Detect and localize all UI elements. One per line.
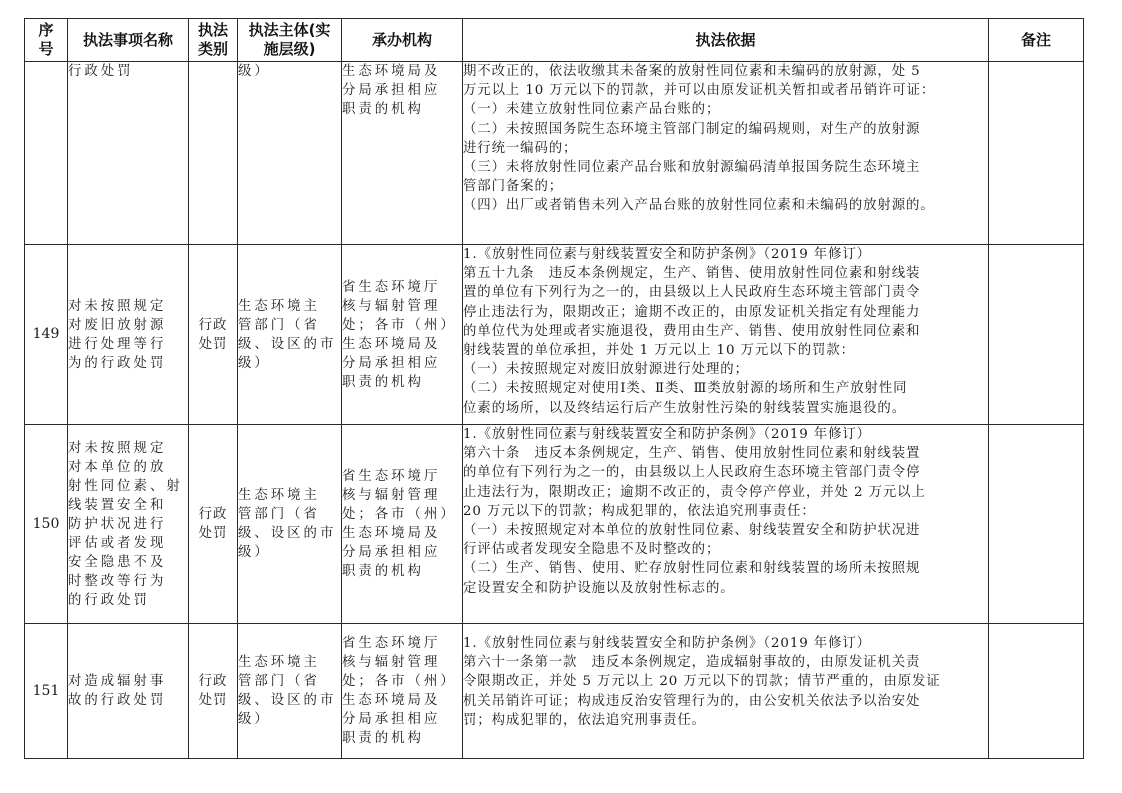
basis-cell: 期不改正的，依法收缴其未备案的放射性同位素和未编码的放射源，处 5 万元以上 1… xyxy=(463,62,989,245)
category-cell xyxy=(189,62,238,245)
office-line: 省生态环境厅 xyxy=(342,278,462,297)
item-name-line: 线装置安全和 xyxy=(68,496,188,515)
category-cell: 行政 处罚 xyxy=(189,624,238,759)
office-line: 职责的机构 xyxy=(342,100,462,119)
category-cell: 行政 处罚 xyxy=(189,245,238,425)
office-line: 处；各市（州） xyxy=(342,672,462,691)
item-name-cell: 对造成辐射事 故的行政处罚 xyxy=(68,624,189,759)
category-cell: 行政 处罚 xyxy=(189,425,238,624)
header-item-name: 执法事项名称 xyxy=(68,19,189,62)
office-line: 核与辐射管理 xyxy=(342,486,462,505)
remarks-cell xyxy=(989,245,1084,425)
office-line: 省生态环境厅 xyxy=(342,467,462,486)
basis-line: （一）未建立放射性同位素产品台账的； xyxy=(463,100,988,119)
table-row-150: 150 对未按照规定 对本单位的放 射性同位素、射 线装置安全和 防护状况进行 … xyxy=(25,425,1084,624)
subject-line: 生态环境主 xyxy=(238,653,341,672)
item-name-cell: 对未按照规定 对废旧放射源 进行处理等行 为的行政处罚 xyxy=(68,245,189,425)
basis-line: 机关吊销许可证；构成违反治安管理行为的，由公安机关依法予以治安处 xyxy=(463,692,988,711)
item-name-line: 对未按照规定 xyxy=(68,439,188,458)
header-subject-line-1: 执法主体(实 xyxy=(238,21,341,40)
item-name-line: 时整改等行为 xyxy=(68,572,188,591)
subject-cell: 级） xyxy=(238,62,342,245)
basis-line: 止违法行为，限期改正；逾期不改正的，责令停产停业，并处 2 万元以上 xyxy=(463,483,988,502)
basis-line: 第五十九条 违反本条例规定，生产、销售、使用放射性同位素和射线装 xyxy=(463,264,988,283)
header-office: 承办机构 xyxy=(342,19,463,62)
seq-cell: 151 xyxy=(25,624,68,759)
basis-line: 定设置安全和防护设施以及放射性标志的。 xyxy=(463,579,988,598)
subject-line: 生态环境主 xyxy=(238,297,341,316)
subject-cell: 生态环境主 管部门（省 级、设区的市 级） xyxy=(238,425,342,624)
category-line: 处罚 xyxy=(189,524,237,543)
office-cell: 省生态环境厅 核与辐射管理 处；各市（州） 生态环境局及 分局承担相应 职责的机… xyxy=(342,245,463,425)
item-name-line: 评估或者发现 xyxy=(68,534,188,553)
category-line: 处罚 xyxy=(189,335,237,354)
header-row: 序 号 执法事项名称 执法 类别 执法主体(实 施层级) 承办机构 执法依据 备… xyxy=(25,19,1084,62)
office-line: 分局承担相应 xyxy=(342,81,462,100)
header-subject-line-2: 施层级) xyxy=(238,40,341,59)
item-name-line: 行政处罚 xyxy=(68,62,188,81)
header-category-line-2: 类别 xyxy=(189,40,237,59)
office-line: 处；各市（州） xyxy=(342,316,462,335)
basis-line: 第六十一条第一款 违反本条例规定，造成辐射事故的，由原发证机关责 xyxy=(463,653,988,672)
header-category: 执法 类别 xyxy=(189,19,238,62)
basis-line: 置的单位有下列行为之一的，由县级以上人民政府生态环境主管部门责令 xyxy=(463,283,988,302)
item-name-line: 对本单位的放 xyxy=(68,458,188,477)
subject-line: 级） xyxy=(238,354,341,373)
subject-line: 级） xyxy=(238,62,341,81)
basis-line: 罚；构成犯罪的，依法追究刑事责任。 xyxy=(463,711,988,730)
basis-line: 1.《放射性同位素与射线装置安全和防护条例》（2019 年修订） xyxy=(463,634,988,653)
header-category-line-1: 执法 xyxy=(189,21,237,40)
subject-cell: 生态环境主 管部门（省 级、设区的市 级） xyxy=(238,245,342,425)
basis-cell: 1.《放射性同位素与射线装置安全和防护条例》（2019 年修订） 第六十条 违反… xyxy=(463,425,989,624)
category-line: 行政 xyxy=(189,316,237,335)
basis-line: （一）未按照规定对废旧放射源进行处理的； xyxy=(463,360,988,379)
office-line: 核与辐射管理 xyxy=(342,653,462,672)
office-cell: 生态环境局及 分局承担相应 职责的机构 xyxy=(342,62,463,245)
category-line: 行政 xyxy=(189,672,237,691)
basis-line: 1.《放射性同位素与射线装置安全和防护条例》（2019 年修订） xyxy=(463,245,988,264)
office-line: 省生态环境厅 xyxy=(342,634,462,653)
subject-line: 级） xyxy=(238,543,341,562)
basis-line: 期不改正的，依法收缴其未备案的放射性同位素和未编码的放射源，处 5 xyxy=(463,62,988,81)
subject-line: 级、设区的市 xyxy=(238,524,341,543)
category-line: 行政 xyxy=(189,505,237,524)
office-line: 分局承担相应 xyxy=(342,543,462,562)
subject-line: 级、设区的市 xyxy=(238,691,341,710)
basis-line: 行评估或者发现安全隐患不及时整改的； xyxy=(463,540,988,559)
subject-cell: 生态环境主 管部门（省 级、设区的市 级） xyxy=(238,624,342,759)
item-name-line: 安全隐患不及 xyxy=(68,553,188,572)
office-cell: 省生态环境厅 核与辐射管理 处；各市（州） 生态环境局及 分局承担相应 职责的机… xyxy=(342,425,463,624)
seq-cell: 149 xyxy=(25,245,68,425)
basis-line: 停止违法行为，限期改正；逾期不改正的，由原发证机关指定有处理能力 xyxy=(463,303,988,322)
office-line: 职责的机构 xyxy=(342,729,462,748)
item-name-line: 对造成辐射事 xyxy=(68,672,188,691)
basis-line: （二）未按照国务院生态环境主管部门制定的编码规则，对生产的放射源 xyxy=(463,120,988,139)
subject-line: 管部门（省 xyxy=(238,316,341,335)
item-name-cell: 对未按照规定 对本单位的放 射性同位素、射 线装置安全和 防护状况进行 评估或者… xyxy=(68,425,189,624)
basis-line: 位素的场所，以及终结运行后产生放射性污染的射线装置实施退役的。 xyxy=(463,399,988,418)
header-seq: 序 号 xyxy=(25,19,68,62)
basis-line: （二）未按照规定对使用Ⅰ类、Ⅱ类、Ⅲ类放射源的场所和生产放射性同 xyxy=(463,379,988,398)
seq-cell xyxy=(25,62,68,245)
office-cell: 省生态环境厅 核与辐射管理 处；各市（州） 生态环境局及 分局承担相应 职责的机… xyxy=(342,624,463,759)
office-line: 生态环境局及 xyxy=(342,335,462,354)
basis-line: 的单位代为处理或者实施退役，费用由生产、销售、使用放射性同位素和 xyxy=(463,322,988,341)
office-line: 职责的机构 xyxy=(342,373,462,392)
item-name-cell: 行政处罚 xyxy=(68,62,189,245)
office-line: 生态环境局及 xyxy=(342,691,462,710)
office-line: 分局承担相应 xyxy=(342,710,462,729)
remarks-cell xyxy=(989,62,1084,245)
basis-line: 1.《放射性同位素与射线装置安全和防护条例》（2019 年修订） xyxy=(463,425,988,444)
remarks-cell xyxy=(989,624,1084,759)
basis-cell: 1.《放射性同位素与射线装置安全和防护条例》（2019 年修订） 第六十一条第一… xyxy=(463,624,989,759)
basis-line: 的单位有下列行为之一的，由县级以上人民政府生态环境主管部门责令停 xyxy=(463,463,988,482)
enforcement-items-table: 序 号 执法事项名称 执法 类别 执法主体(实 施层级) 承办机构 执法依据 备… xyxy=(24,18,1084,759)
table-row-continuation: 行政处罚 级） 生态环境局及 分局承担相应 职责的机构 期不改正的，依法收缴其未… xyxy=(25,62,1084,245)
basis-line: 管部门备案的； xyxy=(463,177,988,196)
item-name-line: 故的行政处罚 xyxy=(68,691,188,710)
item-name-line: 射性同位素、射 xyxy=(68,477,188,496)
table-row-149: 149 对未按照规定 对废旧放射源 进行处理等行 为的行政处罚 行政 处罚 生态… xyxy=(25,245,1084,425)
basis-line: （三）未将放射性同位素产品台账和放射源编码清单报国务院生态环境主 xyxy=(463,158,988,177)
basis-line: （二）生产、销售、使用、贮存放射性同位素和射线装置的场所未按照规 xyxy=(463,559,988,578)
office-line: 分局承担相应 xyxy=(342,354,462,373)
table-row-151: 151 对造成辐射事 故的行政处罚 行政 处罚 生态环境主 管部门（省 级、设区… xyxy=(25,624,1084,759)
header-subject: 执法主体(实 施层级) xyxy=(238,19,342,62)
category-line: 处罚 xyxy=(189,691,237,710)
header-seq-line-1: 序 xyxy=(25,21,67,40)
office-line: 职责的机构 xyxy=(342,562,462,581)
subject-line: 级、设区的市 xyxy=(238,335,341,354)
basis-line: 20 万元以下的罚款；构成犯罪的，依法追究刑事责任： xyxy=(463,502,988,521)
basis-line: （四）出厂或者销售未列入产品台账的放射性同位素和未编码的放射源的。 xyxy=(463,196,988,215)
item-name-line: 为的行政处罚 xyxy=(68,354,188,373)
remarks-cell xyxy=(989,425,1084,624)
subject-line: 管部门（省 xyxy=(238,672,341,691)
header-basis: 执法依据 xyxy=(463,19,989,62)
basis-cell: 1.《放射性同位素与射线装置安全和防护条例》（2019 年修订） 第五十九条 违… xyxy=(463,245,989,425)
item-name-line: 防护状况进行 xyxy=(68,515,188,534)
basis-line: 万元以上 10 万元以下的罚款，并可以由原发证机关暂扣或者吊销许可证： xyxy=(463,81,988,100)
basis-line: 进行统一编码的； xyxy=(463,139,988,158)
subject-line: 生态环境主 xyxy=(238,486,341,505)
office-line: 生态环境局及 xyxy=(342,524,462,543)
basis-line: （一）未按照规定对本单位的放射性同位素、射线装置安全和防护状况进 xyxy=(463,521,988,540)
subject-line: 级） xyxy=(238,710,341,729)
basis-line: 射线装置的单位承担，并处 1 万元以上 10 万元以下的罚款： xyxy=(463,341,988,360)
seq-cell: 150 xyxy=(25,425,68,624)
header-remarks: 备注 xyxy=(989,19,1084,62)
basis-line: 令限期改正，并处 5 万元以上 20 万元以下的罚款；情节严重的，由原发证 xyxy=(463,672,988,691)
item-name-line: 进行处理等行 xyxy=(68,335,188,354)
header-seq-line-2: 号 xyxy=(25,40,67,59)
office-line: 处；各市（州） xyxy=(342,505,462,524)
subject-line: 管部门（省 xyxy=(238,505,341,524)
item-name-line: 对废旧放射源 xyxy=(68,316,188,335)
office-line: 核与辐射管理 xyxy=(342,297,462,316)
item-name-line: 对未按照规定 xyxy=(68,297,188,316)
item-name-line: 的行政处罚 xyxy=(68,591,188,610)
basis-line: 第六十条 违反本条例规定，生产、销售、使用放射性同位素和射线装置 xyxy=(463,444,988,463)
office-line: 生态环境局及 xyxy=(342,62,462,81)
